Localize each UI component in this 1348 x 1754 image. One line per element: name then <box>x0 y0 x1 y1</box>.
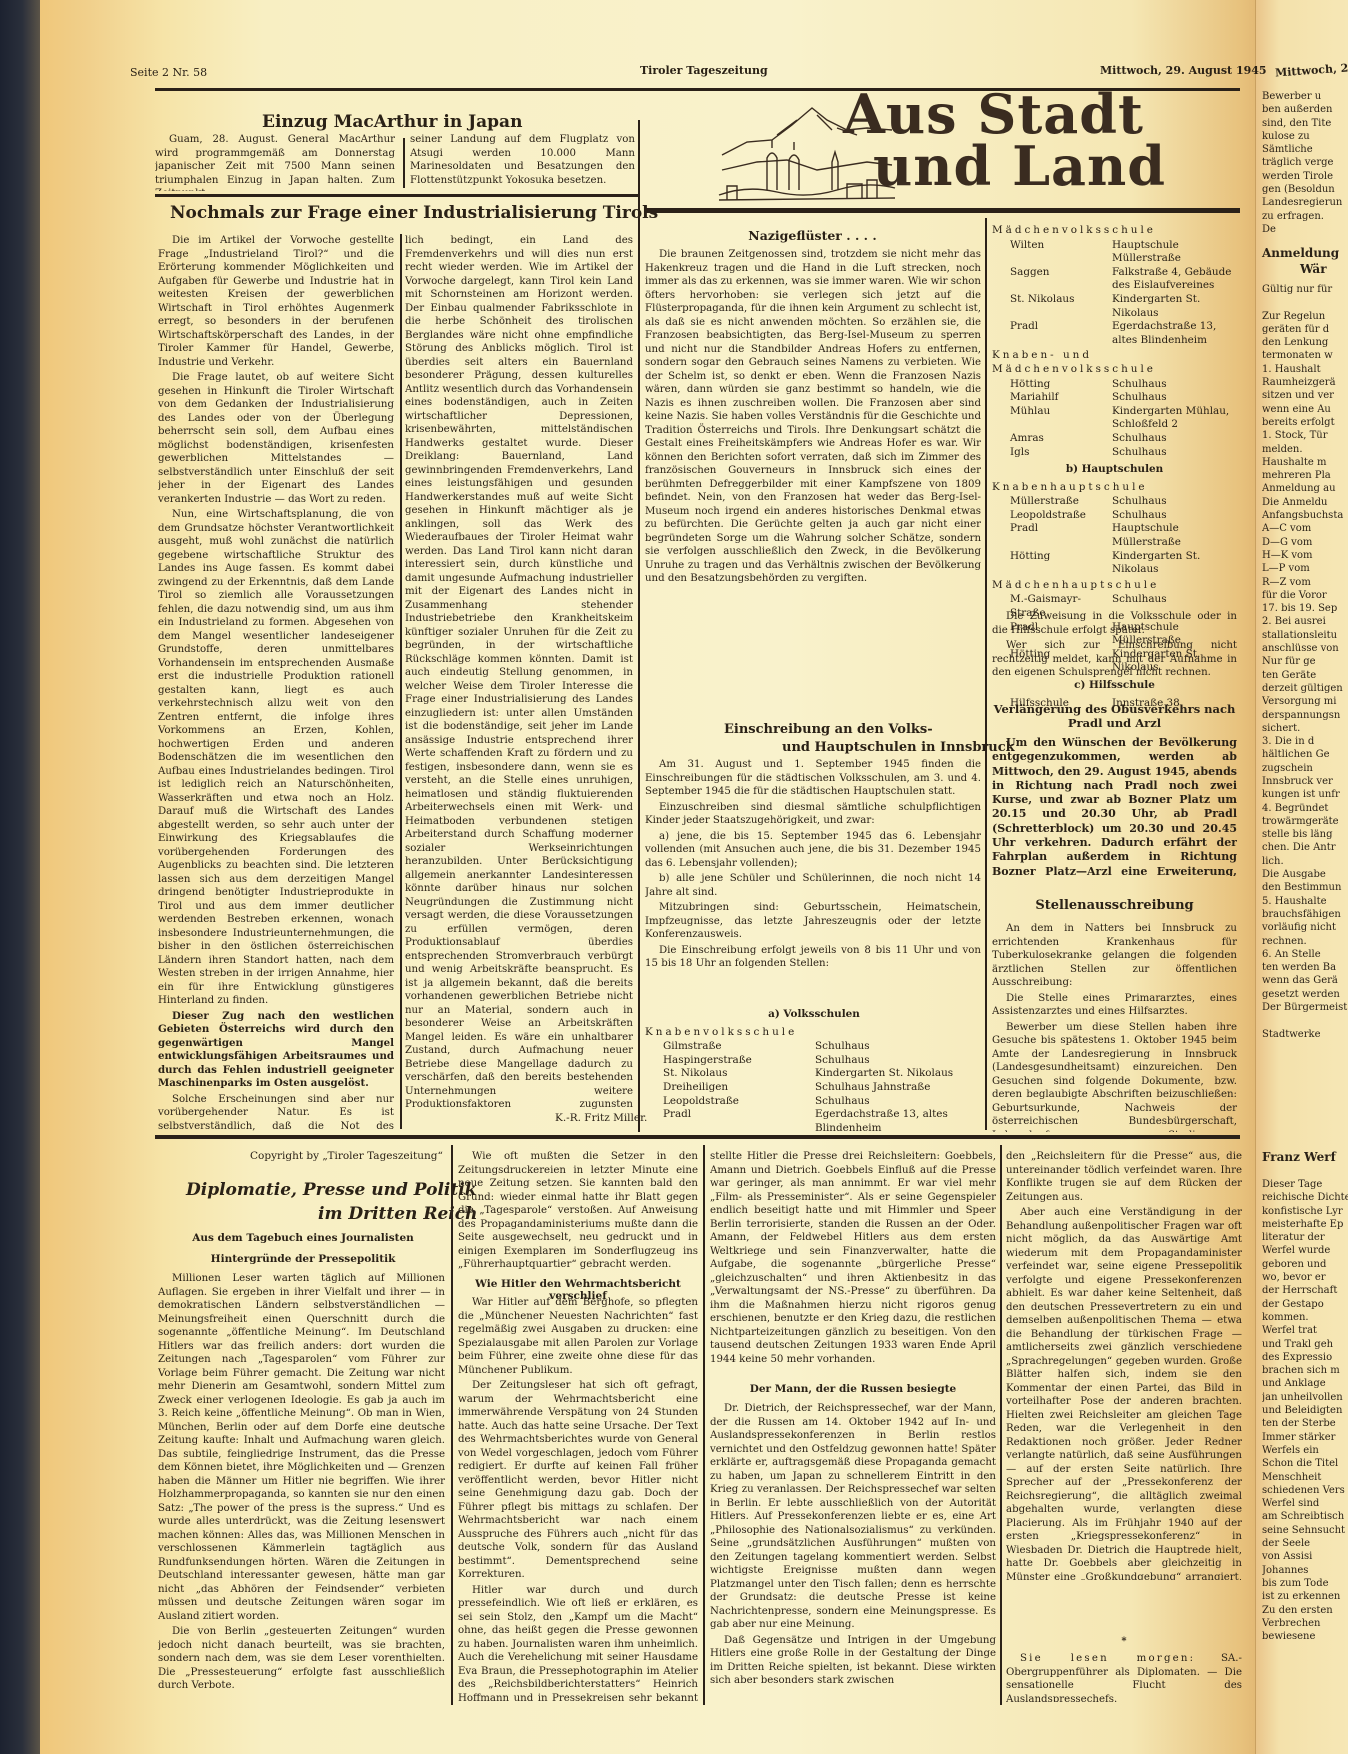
next-page-heading-3: Franz Werf <box>1262 1150 1336 1164</box>
asterisk-divider: * <box>1006 1636 1242 1647</box>
industrie-col-2: lich bedingt, ein Land des Fremdenverkeh… <box>405 234 633 1112</box>
group-label: Mädchenvolksschule <box>992 224 1237 238</box>
industrie-headline: Nochmals zur Frage einer Industrialisier… <box>170 203 658 223</box>
text-line: 1. Haushalt <box>1262 363 1348 376</box>
location: Schulhaus <box>1112 495 1237 509</box>
text-line: Anfangsbuchsta <box>1262 509 1348 522</box>
text-line: zugschein <box>1262 762 1348 775</box>
text-line: trowärmgeräte <box>1262 815 1348 828</box>
text-line: Landesregierun <box>1262 196 1348 209</box>
stellen-headline: Stellenausschreibung <box>992 898 1237 913</box>
text-line: A—C vom <box>1262 522 1348 535</box>
diplomatie-headline-1: Diplomatie, Presse und Politik <box>186 1180 476 1200</box>
text-line: Sämtliche <box>1262 143 1348 156</box>
diplomatie-col-2: Wie oft mußten die Setzer in den Zeitung… <box>458 1150 698 1280</box>
text-line: Zur Regelun <box>1262 310 1348 323</box>
text-line: sitzen und ver <box>1262 389 1348 402</box>
district: Saggen <box>992 266 1112 293</box>
diplomatie-col-3b: Dr. Dietrich, der Reichspressechef, war … <box>710 1402 996 1707</box>
district: Leopoldstraße <box>645 1095 815 1109</box>
diplomatie-col-1: Millionen Leser warten täglich auf Milli… <box>158 1272 445 1712</box>
text-line: ten der Sterbe <box>1262 1417 1348 1430</box>
district: Igls <box>992 446 1112 460</box>
text-line: literatur der <box>1262 1231 1348 1244</box>
text-line: Menschheit <box>1262 1471 1348 1484</box>
text-line: kommen. <box>1262 1311 1348 1324</box>
book-binding <box>0 0 40 1754</box>
section-rule <box>155 1135 1240 1139</box>
diplomatie-col-4: den „Reichsleitern für die Presse“ aus, … <box>1006 1150 1242 1580</box>
location: Schulhaus <box>1112 378 1237 392</box>
text-line: Johannes <box>1262 1564 1348 1577</box>
text-line: Raumheizgerä <box>1262 376 1348 389</box>
section-banner: Aus Stadt und Land <box>843 88 1166 192</box>
text-line: kulose zu <box>1262 130 1348 143</box>
text-line: Immer stärker <box>1262 1431 1348 1444</box>
text-line: L—P vom <box>1262 562 1348 575</box>
industrie-col-1: Die im Artikel der Vorwoche gestellte Fr… <box>158 234 394 1132</box>
district: Haspingerstraße <box>645 1054 815 1068</box>
subheading-hilfsschule: c) Hilfsschule <box>992 679 1237 693</box>
district: Gilmstraße <box>645 1040 815 1054</box>
text-line: Die Ausgabe <box>1262 868 1348 881</box>
text-line: Stadtwerke <box>1262 1028 1348 1041</box>
district: Pradl <box>645 1108 815 1135</box>
text-line: geräten für d <box>1262 323 1348 336</box>
text-line: rechnen. <box>1262 935 1348 948</box>
obus-body: Um den Wünschen der Bevölkerung entgegen… <box>992 736 1237 876</box>
text-line: 5. Haushalte <box>1262 895 1348 908</box>
nazi-headline: Nazigeflüster . . . . <box>645 228 980 243</box>
text-line: wo, bevor er <box>1262 1271 1348 1284</box>
school-row: HaspingerstraßeSchulhaus <box>645 1054 983 1068</box>
district: Leopoldstraße <box>992 509 1112 523</box>
school-row: PradlHauptschule Müllerstraße <box>992 522 1237 549</box>
author-signature: K.-R. Fritz Miller. <box>555 1112 647 1124</box>
text-line: brauchsfähigen <box>1262 908 1348 921</box>
location: Kindergarten St. Nikolaus <box>1112 550 1237 577</box>
text-line: gen (Besoldun <box>1262 183 1348 196</box>
einschreibung-notes: Die Zuweisung in die Volksschule oder in… <box>992 610 1237 680</box>
next-page-heading: Anmeldung <box>1262 246 1339 260</box>
column-divider <box>703 1145 705 1705</box>
text-line: De <box>1262 223 1348 236</box>
text-line: Dieser Tage <box>1262 1178 1348 1191</box>
school-row: LeopoldstraßeSchulhaus <box>645 1095 983 1109</box>
school-row: SaggenFalkstraße 4, Gebäude des Eislaufv… <box>992 266 1237 293</box>
school-row: WiltenHauptschule Müllerstraße <box>992 239 1237 266</box>
text-line: zu erfragen. <box>1262 210 1348 223</box>
section-rule <box>155 194 640 197</box>
text-line: Haushalte m <box>1262 456 1348 469</box>
text-line: termonaten w <box>1262 349 1348 362</box>
text-line: Innsbruck ver <box>1262 775 1348 788</box>
district: St. Nikolaus <box>992 293 1112 320</box>
text-line: sind, den Tite <box>1262 117 1348 130</box>
text-line: Zu den ersten <box>1262 1604 1348 1617</box>
district: Müllerstraße <box>992 495 1112 509</box>
school-row: St. NikolausKindergarten St. Nikolaus <box>645 1067 983 1081</box>
text-line: ist zu erkennen <box>1262 1590 1348 1603</box>
text-line: für die Voror <box>1262 589 1348 602</box>
next-page-text-top: Bewerber uben außerdensind, den Titekulo… <box>1262 90 1348 236</box>
district: St. Nikolaus <box>645 1067 815 1081</box>
text-line: des Expressio <box>1262 1351 1348 1364</box>
district: Dreiheiligen <box>645 1081 815 1095</box>
newspaper-name: Tiroler Tageszeitung <box>640 64 768 77</box>
text-line: Anmeldung au <box>1262 482 1348 495</box>
group-label: Knaben- und Mädchenvolksschule <box>992 349 1237 376</box>
text-line: Werfel sind <box>1262 1497 1348 1510</box>
text-line: reichische Dichte <box>1262 1191 1348 1204</box>
macarthur-col-1: Guam, 28. August. General MacArthur wird… <box>155 133 395 191</box>
text-line: melden. <box>1262 443 1348 456</box>
text-line: R—Z vom <box>1262 576 1348 589</box>
location: Schulhaus <box>1112 509 1237 523</box>
text-line: Nur für ge <box>1262 655 1348 668</box>
text-line <box>1262 1014 1348 1027</box>
district: Pradl <box>992 320 1112 347</box>
text-line: chen. Die Antr <box>1262 841 1348 854</box>
text-line: den Lenkung <box>1262 336 1348 349</box>
text-line: stelle bis läng <box>1262 828 1348 841</box>
page-number-label: Seite 2 Nr. 58 <box>130 66 207 79</box>
school-row: HöttingKindergarten St. Nikolaus <box>992 550 1237 577</box>
text-line: mehreren Pla <box>1262 469 1348 482</box>
school-row: PradlEgerdachstraße 13, altes Blindenhei… <box>992 320 1237 347</box>
copyright-line: Copyright by „Tiroler Tageszeitung“ <box>250 1150 443 1162</box>
teaser-lead: Sie lesen morgen: <box>1020 1653 1195 1664</box>
group-label: Knabenhauptschule <box>992 481 1237 495</box>
text-line: Gültig nur für <box>1262 283 1348 296</box>
school-row: MühlauKindergarten Mühlau, Schloßfeld 2 <box>992 405 1237 432</box>
text-line: derspannungsn <box>1262 709 1348 722</box>
text-line: Verbrechen <box>1262 1617 1348 1630</box>
text-line: 6. An Stelle <box>1262 948 1348 961</box>
school-row: HöttingSchulhaus <box>992 378 1237 392</box>
einschreibung-body: Am 31. August und 1. September 1945 find… <box>645 758 981 1003</box>
stellen-body: An dem in Natters bei Innsbruck zu erric… <box>992 922 1237 1132</box>
diplomatie-subtitle: Aus dem Tagebuch eines Journalisten <box>158 1232 448 1244</box>
text-line: Der Bürgermeist <box>1262 1001 1348 1014</box>
district: Hötting <box>992 550 1112 577</box>
location: Egerdachstraße 13, altes Blindenheim <box>815 1108 983 1135</box>
knabenvolksschule-list: a) Volksschulen Knabenvolksschule Gilmst… <box>645 1004 983 1135</box>
text-line: der Gestapo <box>1262 1298 1348 1311</box>
location: Schulhaus <box>1112 391 1237 405</box>
location: Schulhaus <box>815 1054 983 1068</box>
text-line: jan unheilvollen <box>1262 1391 1348 1404</box>
school-row: DreiheiligenSchulhaus Jahnstraße <box>645 1081 983 1095</box>
text-line: sichert. <box>1262 722 1348 735</box>
text-line: von Assisi <box>1262 1550 1348 1563</box>
text-line: Werfel trat <box>1262 1324 1348 1337</box>
subheading-hauptschulen: b) Hauptschulen <box>992 463 1237 477</box>
einschreibung-headline-1: Einschreibung an den Volks- <box>724 722 933 737</box>
district: Mariahilf <box>992 391 1112 405</box>
text-line <box>1262 296 1348 309</box>
text-line: der Seele <box>1262 1537 1348 1550</box>
einschreibung-headline-2: und Hauptschulen in Innsbruck <box>782 740 1015 755</box>
text-line: seine Sehnsucht <box>1262 1524 1348 1537</box>
text-line: Werfel wurde <box>1262 1244 1348 1257</box>
text-line: der Herrschaft <box>1262 1284 1348 1297</box>
text-line: vorläufig nicht <box>1262 921 1348 934</box>
district: Pradl <box>992 522 1112 549</box>
next-page-text-bottom: Dieser Tagereichische Dichtekonfistische… <box>1262 1178 1348 1643</box>
district: Wilten <box>992 239 1112 266</box>
school-row: IglsSchulhaus <box>992 446 1237 460</box>
location: Schulhaus <box>815 1095 983 1109</box>
school-row: AmrasSchulhaus <box>992 432 1237 446</box>
group-label: Mädchenhauptschule <box>992 579 1237 593</box>
text-line: lich. <box>1262 855 1348 868</box>
obus-headline: Verlängerung des Obusverkehrs nach Pradl… <box>992 702 1237 730</box>
text-line: 1. Stock, Tür <box>1262 429 1348 442</box>
school-row: GilmstraßeSchulhaus <box>645 1040 983 1054</box>
text-line: hältlichen Ge <box>1262 748 1348 761</box>
text-line: 4. Begründet <box>1262 802 1348 815</box>
text-line: geboren und <box>1262 1258 1348 1271</box>
column-divider <box>1000 1145 1002 1705</box>
subheading-volksschulen: a) Volksschulen <box>645 1008 983 1022</box>
text-line: Schon die Titel <box>1262 1457 1348 1470</box>
macarthur-col-2: seiner Landung auf dem Flugplatz von Ats… <box>410 133 635 191</box>
text-line: wenn eine Au <box>1262 403 1348 416</box>
text-line: anschlüsse von <box>1262 642 1348 655</box>
location: Hauptschule Müllerstraße <box>1112 522 1237 549</box>
text-line: träglich verge <box>1262 156 1348 169</box>
text-line: am Schreibtisch <box>1262 1510 1348 1523</box>
text-line: Werfels ein <box>1262 1444 1348 1457</box>
issue-date: Mittwoch, 29. August 1945 <box>1100 64 1267 77</box>
text-line: H—K vom <box>1262 549 1348 562</box>
school-row: St. NikolausKindergarten St. Nikolaus <box>992 293 1237 320</box>
location: Schulhaus <box>1112 432 1237 446</box>
teaser: Sie lesen morgen: SA.-Obergruppenführer … <box>1006 1652 1242 1702</box>
text-line: Die Anmeldu <box>1262 496 1348 509</box>
text-line: konfistische Lyr <box>1262 1205 1348 1218</box>
group-label: Knabenvolksschule <box>645 1026 983 1040</box>
text-line: derzeit gültigen <box>1262 682 1348 695</box>
next-page-heading-2: Wär <box>1300 262 1327 276</box>
location: Falkstraße 4, Gebäude des Eislaufvereine… <box>1112 266 1237 293</box>
school-row: MüllerstraßeSchulhaus <box>992 495 1237 509</box>
text-line: 17. bis 19. Sep <box>1262 602 1348 615</box>
text-line: und Trakl geh <box>1262 1338 1348 1351</box>
column-divider <box>400 234 402 1129</box>
text-line: kungen ist unfr <box>1262 788 1348 801</box>
banner-line-2: und Land <box>843 140 1166 192</box>
location: Schulhaus <box>1112 446 1237 460</box>
next-page-text-mid: Gültig nur für Zur Regelungeräten für dd… <box>1262 283 1348 1041</box>
diplomatie-col-3: stellte Hitler die Presse drei Reichslei… <box>710 1150 996 1375</box>
school-row: LeopoldstraßeSchulhaus <box>992 509 1237 523</box>
text-line: den Bestimmun <box>1262 881 1348 894</box>
school-row: MariahilfSchulhaus <box>992 391 1237 405</box>
text-line: ten werden Ba <box>1262 961 1348 974</box>
text-line: und Beleidigten <box>1262 1404 1348 1417</box>
column-divider <box>638 120 640 1132</box>
text-line: Versorgung mi <box>1262 695 1348 708</box>
location: Hauptschule Müllerstraße <box>1112 239 1237 266</box>
section-heading: Hintergründe der Pressepolitik <box>158 1253 448 1265</box>
text-line: D—G vom <box>1262 536 1348 549</box>
location: Kindergarten St. Nikolaus <box>1112 293 1237 320</box>
column-divider <box>403 138 405 188</box>
text-line: meisterhafte Ep <box>1262 1218 1348 1231</box>
text-line: bereits erfolgt <box>1262 416 1348 429</box>
location: Schulhaus <box>815 1040 983 1054</box>
location: Egerdachstraße 13, altes Blindenheim <box>1112 320 1237 347</box>
text-line: 3. Die in d <box>1262 735 1348 748</box>
text-line: 2. Bei ausrei <box>1262 615 1348 628</box>
district: Mühlau <box>992 405 1112 432</box>
text-line: Bewerber u <box>1262 90 1348 103</box>
text-line: schiedenen Vers <box>1262 1484 1348 1497</box>
text-line: brachen sich m <box>1262 1364 1348 1377</box>
column-divider <box>451 1145 453 1705</box>
nazi-body: Die braunen Zeitgenossen sind, trotzdem … <box>645 248 981 703</box>
text-line: und Anklage <box>1262 1377 1348 1390</box>
school-row: PradlEgerdachstraße 13, altes Blindenhei… <box>645 1108 983 1135</box>
banner-line-1: Aus Stadt <box>843 88 1166 140</box>
district: Hötting <box>992 378 1112 392</box>
text-line: stallationsleitu <box>1262 629 1348 642</box>
district: Amras <box>992 432 1112 446</box>
diplomatie-col-2b: War Hitler auf dem Berghofe, so pflegten… <box>458 1296 698 1706</box>
text-line: bis zum Tode <box>1262 1577 1348 1590</box>
location: Schulhaus Jahnstraße <box>815 1081 983 1095</box>
text-line: wenn das Gerä <box>1262 974 1348 987</box>
section-heading: Der Mann, der die Russen besiegte <box>710 1383 996 1395</box>
diplomatie-headline-2: im Dritten Reich <box>318 1204 477 1224</box>
text-line: ten Geräte <box>1262 669 1348 682</box>
text-line: gesetzt werden <box>1262 988 1348 1001</box>
text-line: ben außerden <box>1262 103 1348 116</box>
text-line: werden Tirole <box>1262 170 1348 183</box>
location: Kindergarten St. Nikolaus <box>815 1067 983 1081</box>
text-line: bewiesene <box>1262 1630 1348 1643</box>
location: Kindergarten Mühlau, Schloßfeld 2 <box>1112 405 1237 432</box>
banner-rule <box>645 208 1240 213</box>
column-divider <box>985 218 987 1130</box>
macarthur-headline: Einzug MacArthur in Japan <box>262 112 522 132</box>
